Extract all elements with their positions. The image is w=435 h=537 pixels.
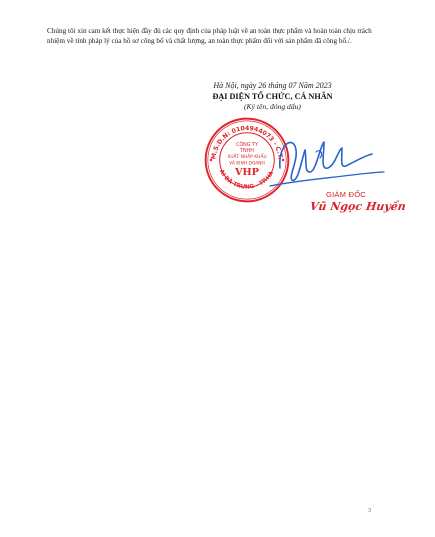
sign-note: (Ký tên, đóng dấu) — [195, 102, 350, 112]
place-date: Hà Nội, ngày 26 tháng 07 Năm 2023 — [195, 80, 350, 91]
signature-icon — [250, 128, 390, 208]
page-number: 3 — [368, 508, 371, 514]
representative-title: ĐẠI DIỆN TỔ CHỨC, CÁ NHÂN — [195, 91, 350, 102]
commitment-text: Chúng tôi xin cam kết thực hiện đầy đủ c… — [47, 26, 387, 47]
document-page: Chúng tôi xin cam kết thực hiện đầy đủ c… — [0, 0, 435, 537]
signature-header: Hà Nội, ngày 26 tháng 07 Năm 2023 ĐẠI DI… — [195, 80, 350, 112]
director-title: GIÁM ĐỐC — [326, 190, 366, 199]
director-name: Vũ Ngọc Huyền — [309, 200, 407, 213]
commitment-paragraph: Chúng tôi xin cam kết thực hiện đầy đủ c… — [47, 26, 387, 47]
